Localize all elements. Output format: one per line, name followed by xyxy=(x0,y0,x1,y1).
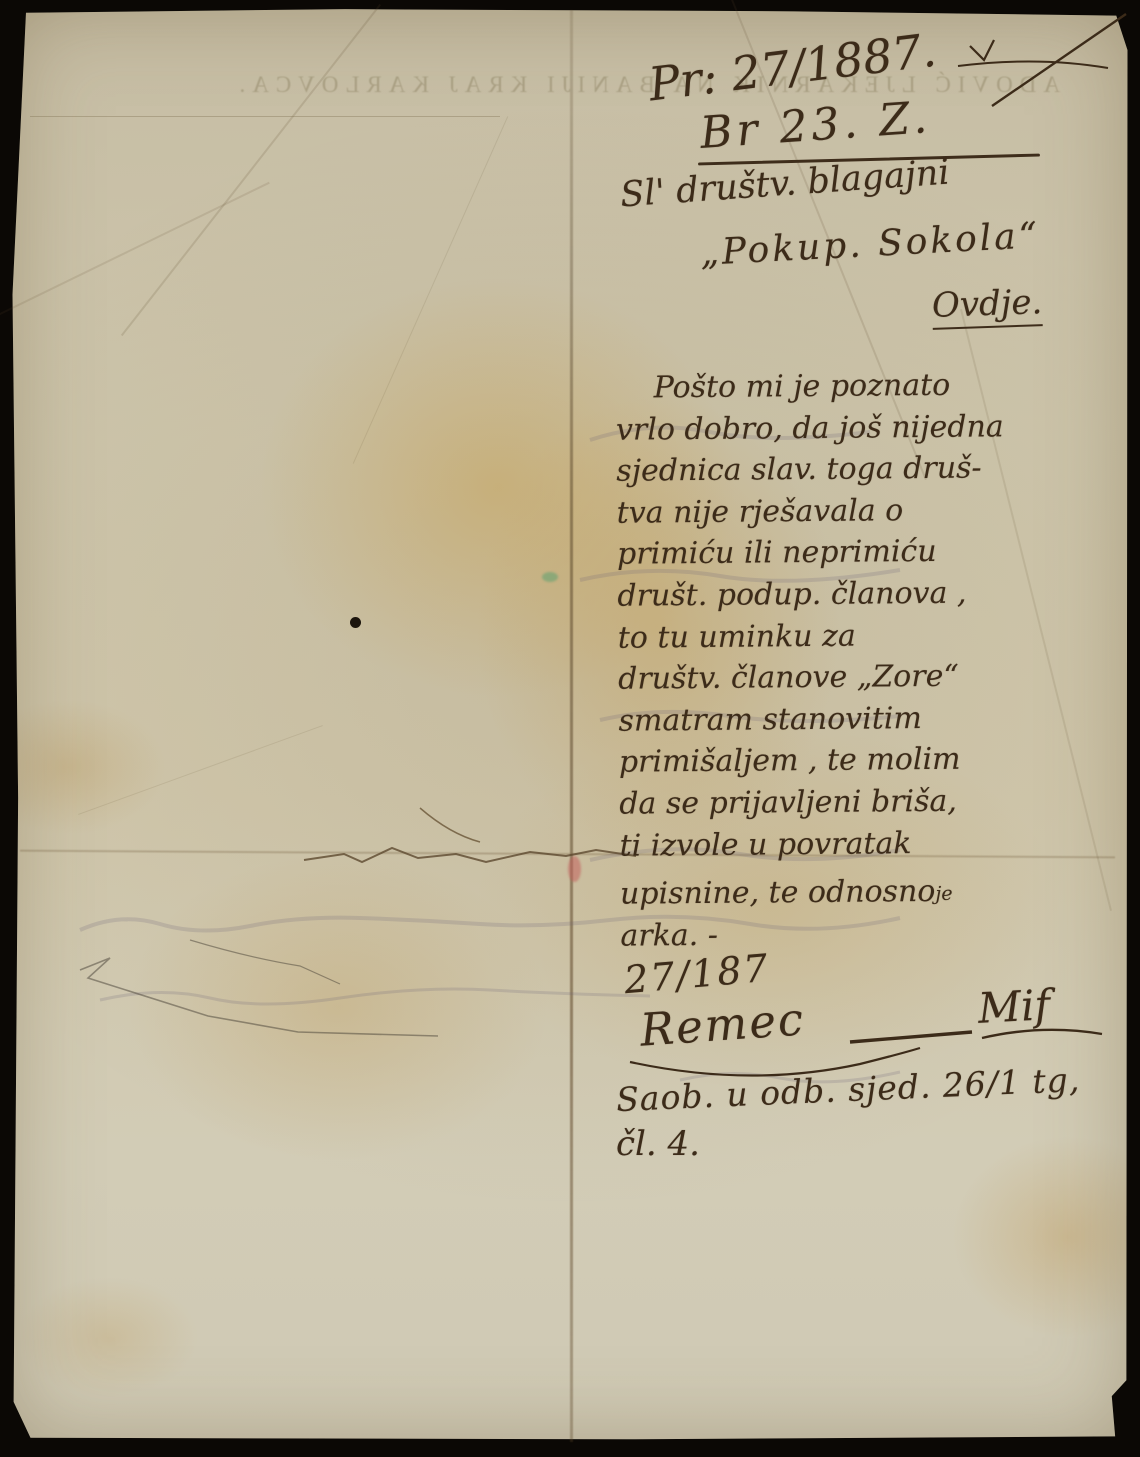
body-line: tva nije rješavala o xyxy=(617,489,1005,534)
body-line: primišaljem , te molim xyxy=(619,739,1007,784)
body-line: arka. - xyxy=(620,912,1008,957)
body-line: smatram stanovitim xyxy=(618,697,1006,742)
letter-body: Pošto mi je poznato vrlo dobro, da još n… xyxy=(615,364,1008,957)
body-line: primiću ili neprimiću xyxy=(617,531,1005,576)
ink-blot-dot xyxy=(350,617,361,628)
red-pigment-mark xyxy=(568,856,581,882)
body-line: upisnine, te odnosno xyxy=(620,874,936,912)
body-line: Pošto mi je poznato xyxy=(615,364,1003,409)
body-line: da se prijavljeni briša, xyxy=(619,780,1007,825)
scanned-letter-page: ADOVIĆ LJEKARNIK NA BANIJI KRAJ KARLOVCA… xyxy=(0,0,1140,1457)
body-line-with-superscript: upisnine, te odnosnoje xyxy=(620,863,1008,915)
body-line: ti izvole u povratak xyxy=(619,822,1007,867)
body-line: vrlo dobro, da još nijedna xyxy=(616,406,1004,451)
recipient-line-place: Ovdje. xyxy=(931,282,1043,330)
signature-initials: Mif xyxy=(977,980,1051,1033)
green-pigment-mark xyxy=(542,572,558,582)
body-line: društv. članove „Zore“ xyxy=(618,655,1006,700)
dispatch-note-article: čl. 4. xyxy=(616,1124,700,1164)
body-line: društ. podup. članova , xyxy=(617,572,1005,617)
body-line: to tu uminku za xyxy=(618,614,1006,659)
body-line: sjednica slav. toga druš- xyxy=(616,448,1004,493)
body-superscript: je xyxy=(935,883,952,905)
